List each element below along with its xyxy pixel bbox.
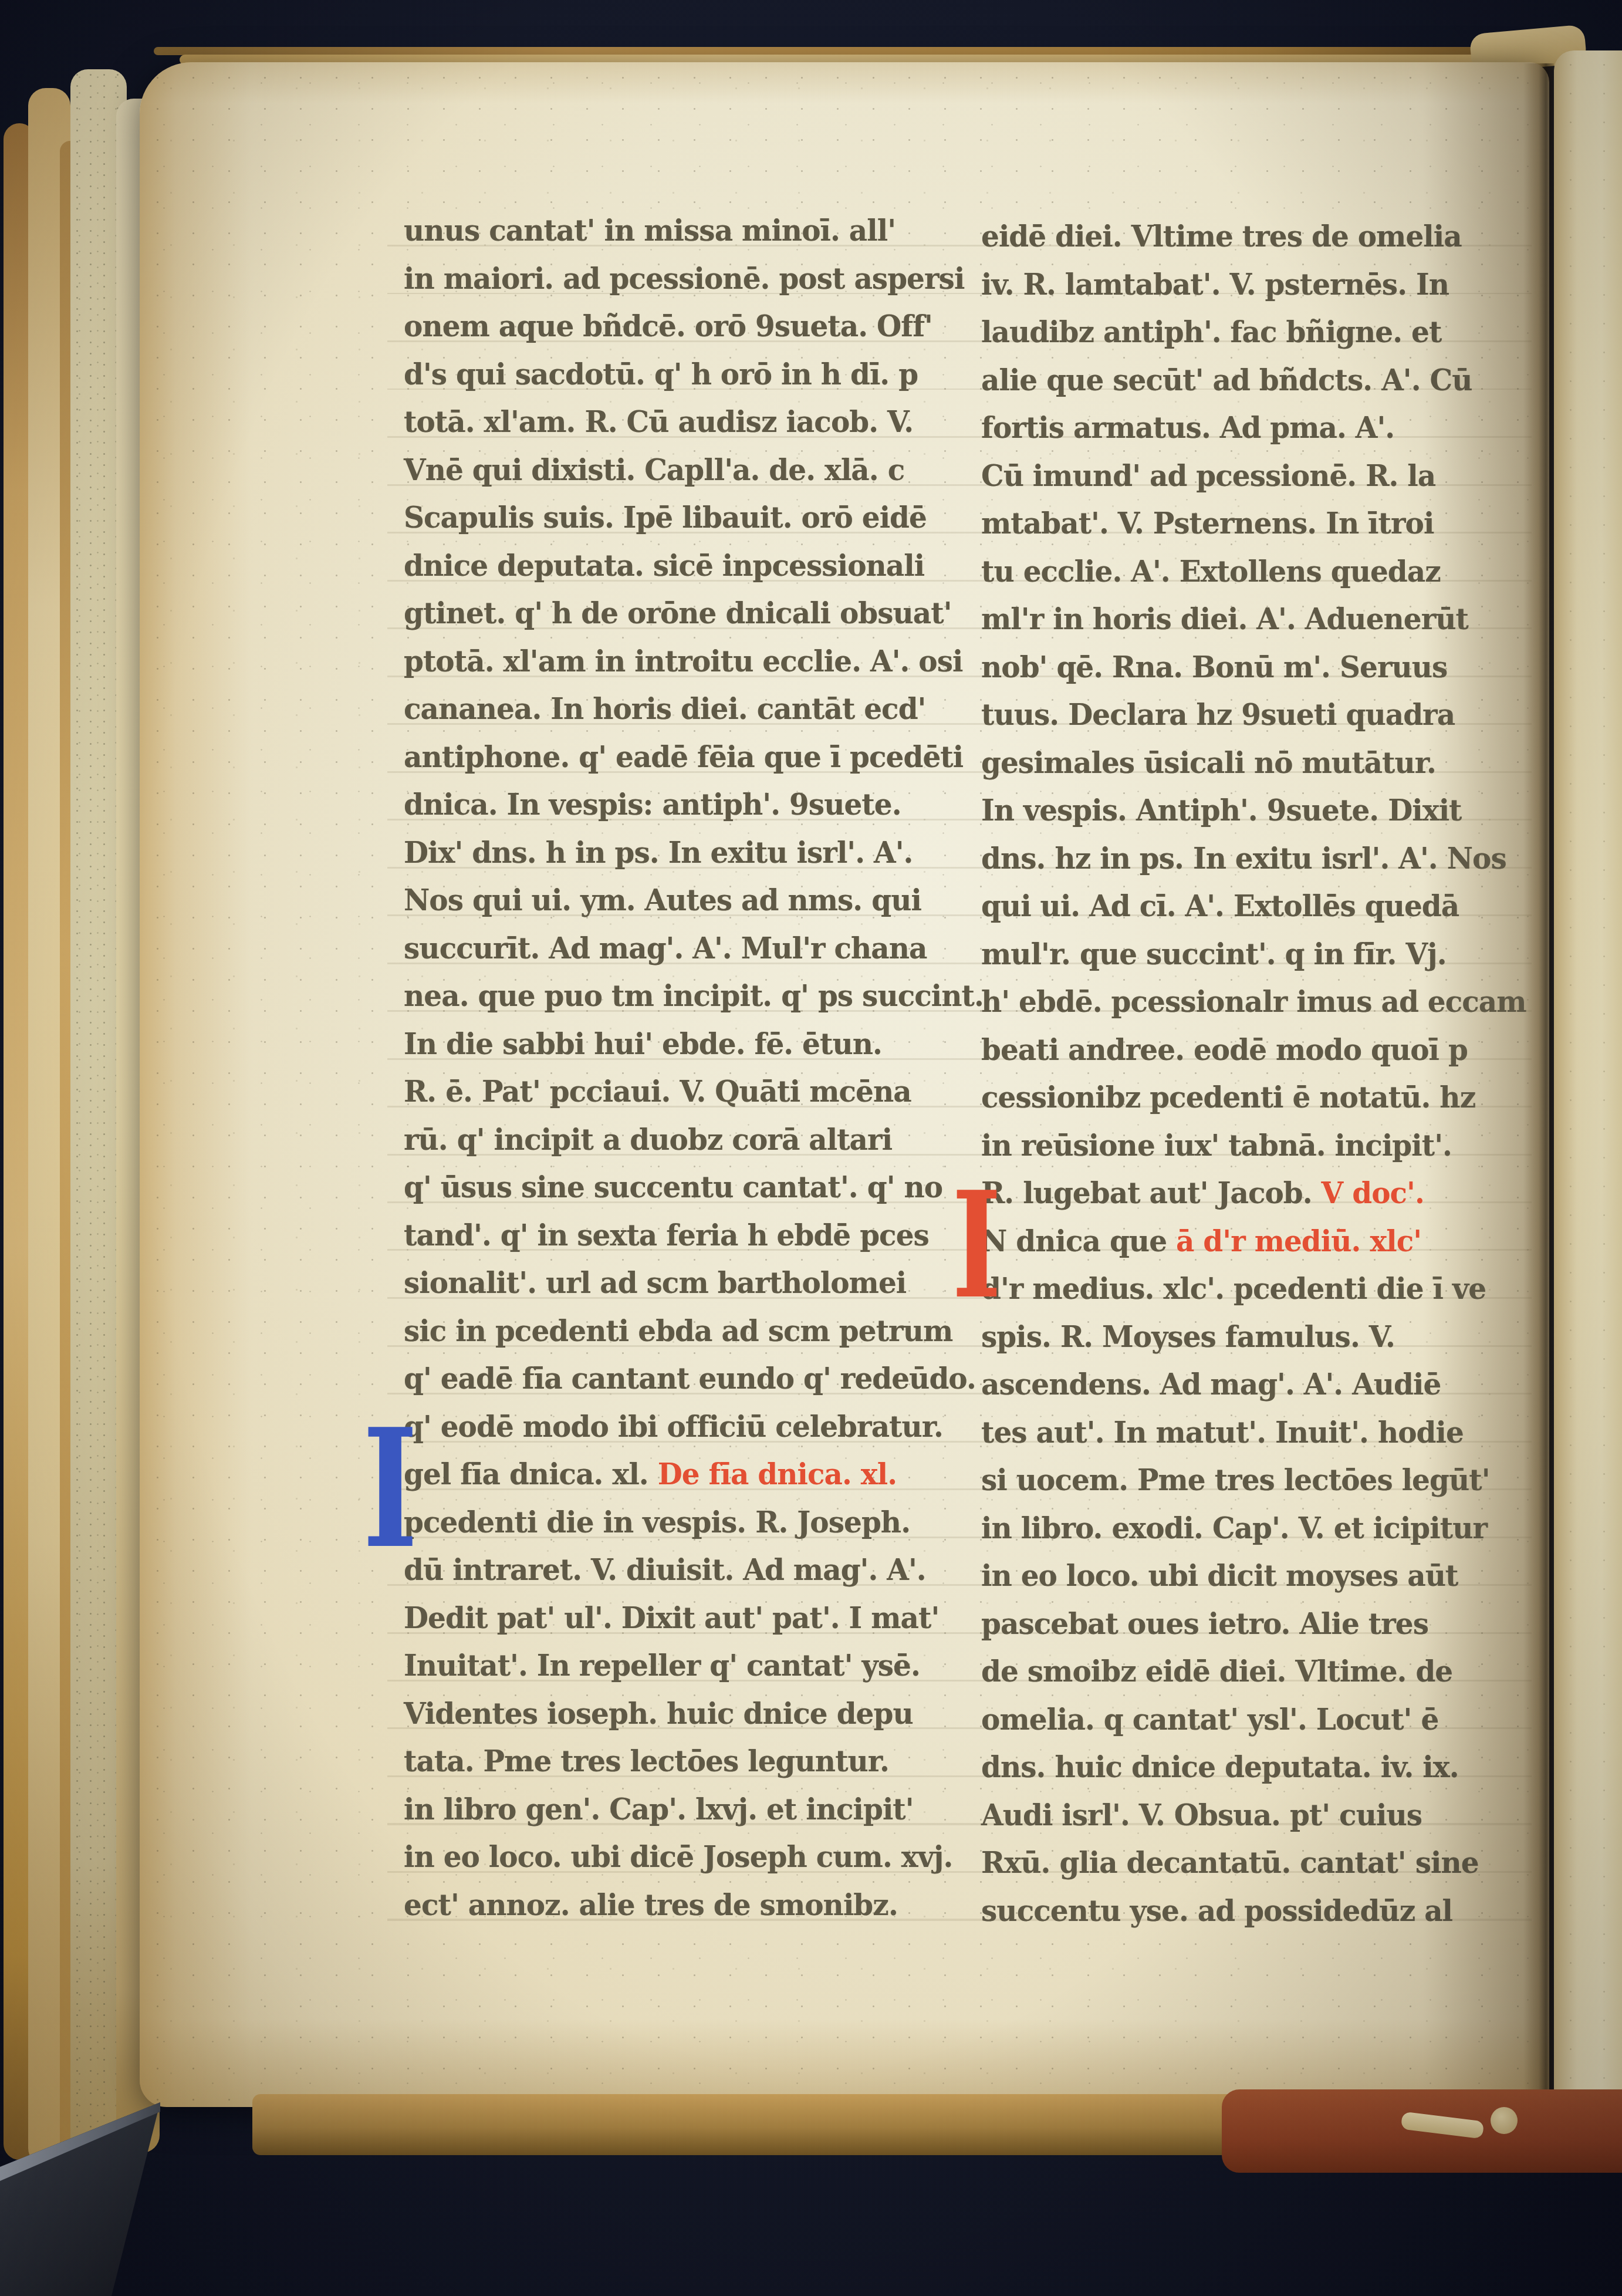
text-segment: q' eodē modo ibi officiū celebratur. [404,1409,943,1444]
text-line: q' eadē fīa cantant eundo q' redeūdo. [404,1355,933,1403]
text-segment: iv. R. lamtabat'. V. psternēs. In [981,267,1449,302]
text-segment: onem aque bñdcē. orō 9sueta. Off' [404,309,932,343]
text-line: Audi isrl'. V. Obsua. pt' cuius [981,1791,1496,1839]
text-segment: succentu yse. ad possidedūz al [981,1893,1452,1928]
right-text-column: eidē diei. Vltime tres de omeliaiv. R. l… [981,212,1512,1934]
text-segment: unus cantat' in missa minoī. all' [404,213,896,248]
text-segment: ect' annoz. alie tres de smonibz. [404,1888,898,1922]
text-line: spis. R. Moyses famulus. V. [981,1313,1496,1361]
text-line: succurīt. Ad mag'. A'. Mul'r chana [404,924,933,973]
left-text-column: unus cantat' in missa minoī. all'in maio… [404,207,949,1929]
text-segment: q' ūsus sine succentu cantat'. q' no [404,1170,942,1204]
text-segment: omelia. q cantat' ysl'. Locut' ē [981,1702,1438,1737]
text-line: R. ē. Pat' pcciaui. V. Quāti mcēna [404,1068,933,1116]
text-segment: h' ebdē. pcessionalr imus ad eccam [981,984,1526,1019]
text-line: antiphone. q' eadē fēia que ī pcedēti [404,733,933,781]
sewing-cord-knot [1491,2107,1518,2134]
text-line: tu ecclie. A'. Extollens quedaz [981,548,1496,596]
text-segment: N dnica que [981,1224,1176,1258]
text-segment: si uocem. Pme tres lectōes legūt' [981,1463,1490,1497]
text-segment: rū. q' incipit a duobz corā altari [404,1122,892,1157]
text-segment: cananea. In horis diei. cantāt ecd' [404,691,926,726]
text-line: gel fīa dnica. xl. De fīa dnica. xl. [404,1450,933,1498]
text-line: in reūsione iux' tabnā. incipit'. [981,1122,1496,1170]
facing-page-edge [1554,50,1622,2138]
text-line: R. lugebat aut' Jacob. V doc'. [981,1169,1496,1217]
text-segment: in libro gen'. Cap'. lxvj. et incipit' [404,1792,914,1826]
text-segment: Dix' dns. h in ps. In exitu isrl'. A'. [404,835,913,870]
text-segment: beati andree. eodē modo quoī p [981,1032,1468,1067]
text-segment: ā d'r mediū. xlc' [1176,1224,1421,1258]
text-segment: dū intraret. V. diuisit. Ad mag'. A'. [404,1552,926,1587]
text-segment: d's qui sacdotū. q' h orō in h dī. p [404,357,918,391]
text-line: dnice deputata. sicē inpcessionali [404,542,933,590]
text-line: nob' qē. Rna. Bonū m'. Seruus [981,643,1496,691]
text-segment: tes aut'. In matut'. Inuit'. hodie [981,1415,1464,1450]
text-line: q' ūsus sine succentu cantat'. q' no [404,1163,933,1211]
text-segment: tuus. Declara hz 9sueti quadra [981,697,1455,732]
text-segment: gtinet. q' h de orōne dnicali obsuat' [404,596,952,630]
text-segment: q' eadē fīa cantant eundo q' redeūdo. [404,1361,976,1396]
text-segment: tata. Pme tres lectōes leguntur. [404,1744,889,1778]
text-segment: Cū imund' ad pcessionē. R. la [981,458,1435,493]
text-line: Scapulis suis. Ipē libauit. orō eidē [404,494,933,542]
text-line: onem aque bñdcē. orō 9sueta. Off' [404,302,933,350]
text-segment: dns. huic dnice deputata. iv. ix. [981,1750,1459,1784]
text-segment: fortis armatus. Ad pma. A'. [981,410,1394,445]
text-segment: pcedenti die in vespis. R. Joseph. [404,1505,910,1539]
text-line: alie que secūt' ad bñdcts. A'. Cū [981,356,1496,404]
text-line: rū. q' incipit a duobz corā altari [404,1116,933,1164]
text-segment: R. lugebat aut' Jacob. [981,1176,1322,1210]
text-segment: tand'. q' in sexta feria h ebdē pces [404,1218,929,1252]
text-segment: Inuitat'. In repeller q' cantat' ysē. [404,1648,920,1683]
text-line: omelia. q cantat' ysl'. Locut' ē [981,1696,1496,1744]
text-segment: In vespis. Antiph'. 9suete. Dixit [981,793,1462,828]
text-segment: in libro. exodi. Cap'. V. et icipitur [981,1511,1487,1545]
text-line: unus cantat' in missa minoī. all' [404,207,933,255]
text-line: ect' annoz. alie tres de smonibz. [404,1881,933,1929]
text-segment: Nos qui ui. ym. Autes ad nms. qui [404,883,921,917]
text-line: nea. que puo tm incipit. q' ps succint. [404,972,933,1020]
text-line: d's qui sacdotū. q' h orō in h dī. p [404,350,933,399]
text-segment: R. ē. Pat' pcciaui. V. Quāti mcēna [404,1074,911,1109]
text-line: beati andree. eodē modo quoī p [981,1026,1496,1074]
text-line: dū intraret. V. diuisit. Ad mag'. A'. [404,1546,933,1594]
text-segment: mul'r. que succint'. q in fīr. Vj. [981,937,1447,971]
text-segment: Dedit pat' ul'. Dixit aut' pat'. I mat' [404,1601,939,1635]
text-line: Dedit pat' ul'. Dixit aut' pat'. I mat' [404,1594,933,1642]
text-segment: nea. que puo tm incipit. q' ps succint. [404,978,984,1013]
text-line: mtabat'. V. Psternens. In ītroi [981,499,1496,548]
text-segment: Vnē qui dixisti. Capll'a. de. xlā. c [404,453,904,487]
text-segment: succurīt. Ad mag'. A'. Mul'r chana [404,931,927,965]
top-page-edge [154,47,1533,55]
text-segment: in reūsione iux' tabnā. incipit'. [981,1128,1452,1163]
text-segment: ascendens. Ad mag'. A'. Audiē [981,1367,1441,1402]
text-segment: Scapulis suis. Ipē libauit. orō eidē [404,500,927,535]
text-segment: Videntes ioseph. huic dnice depu [404,1696,913,1731]
text-segment: In die sabbi hui' ebde. fē. ētun. [404,1027,882,1061]
text-segment: alie que secūt' ad bñdcts. A'. Cū [981,363,1472,397]
text-line: de smoibz eidē diei. Vltime. de [981,1647,1496,1696]
text-line: iv. R. lamtabat'. V. psternēs. In [981,261,1496,309]
text-line: laudibz antiph'. fac bñigne. et [981,308,1496,356]
text-line: sionalit'. url ad scm bartholomei [404,1259,933,1307]
text-segment: tu ecclie. A'. Extollens quedaz [981,554,1441,589]
text-segment: qui ui. Ad cī. A'. Extollēs quedā [981,889,1459,923]
text-line: Dix' dns. h in ps. In exitu isrl'. A'. [404,829,933,877]
text-line: mul'r. que succint'. q in fīr. Vj. [981,930,1496,978]
text-line: in libro gen'. Cap'. lxvj. et incipit' [404,1785,933,1834]
text-line: ml'r in horis diei. A'. Aduenerūt [981,595,1496,643]
text-line: cananea. In horis diei. cantāt ecd' [404,685,933,733]
text-line: ptotā. xl'am in introitu ecclie. A'. osi [404,637,933,686]
text-line: in libro. exodi. Cap'. V. et icipitur [981,1504,1496,1552]
text-segment: cessionibz pcedenti ē notatū. hz [981,1080,1475,1115]
text-line: Inuitat'. In repeller q' cantat' ysē. [404,1642,933,1690]
text-line: in maiori. ad pcessionē. post aspersi [404,255,933,303]
text-line: dnica. In vespis: antiph'. 9suete. [404,781,933,829]
text-segment: dns. hz in ps. In exitu isrl'. A'. Nos [981,841,1506,876]
gutter-shadow [1523,63,1554,2106]
text-segment: Audi isrl'. V. Obsua. pt' cuius [981,1798,1422,1832]
text-line: fortis armatus. Ad pma. A'. [981,404,1496,452]
text-segment: in eo loco. ubi dicē Joseph cum. xvj. [404,1839,952,1874]
text-line: tata. Pme tres lectōes leguntur. [404,1737,933,1785]
text-line: cessionibz pcedenti ē notatū. hz [981,1073,1496,1122]
blue-initial-I: I [363,1407,418,1571]
text-line: qui ui. Ad cī. A'. Extollēs quedā [981,882,1496,930]
text-line: In die sabbi hui' ebde. fē. ētun. [404,1020,933,1068]
text-line: pascebat oues ietro. Alie tres [981,1600,1496,1648]
text-segment: ptotā. xl'am in introitu ecclie. A'. osi [404,644,963,678]
text-line: sic in pcedenti ebda ad scm petrum [404,1307,933,1355]
text-segment: Rxū. glia decantatū. cantat' sine [981,1845,1479,1880]
text-line: ascendens. Ad mag'. A'. Audiē [981,1360,1496,1409]
text-segment: ml'r in horis diei. A'. Aduenerūt [981,602,1468,636]
text-line: succentu yse. ad possidedūz al [981,1887,1496,1935]
text-line: tes aut'. In matut'. Inuit'. hodie [981,1409,1496,1457]
text-line: Nos qui ui. ym. Autes ad nms. qui [404,876,933,924]
text-line: eidē diei. Vltime tres de omelia [981,212,1496,261]
text-segment: dnice deputata. sicē inpcessionali [404,548,924,583]
text-line: Vnē qui dixisti. Capll'a. de. xlā. c [404,446,933,494]
text-line: h' ebdē. pcessionalr imus ad eccam [981,978,1496,1026]
text-line: Videntes ioseph. huic dnice depu [404,1690,933,1738]
text-line: Cū imund' ad pcessionē. R. la [981,452,1496,500]
text-segment: sic in pcedenti ebda ad scm petrum [404,1314,952,1348]
text-segment: eidē diei. Vltime tres de omelia [981,219,1462,254]
text-segment: totā. xl'am. R. Cū audisz iacob. V. [404,404,913,439]
text-segment: antiphone. q' eadē fēia que ī pcedēti [404,740,963,774]
text-segment: gesimales ūsicali nō mutātur. [981,745,1436,780]
text-line: q' eodē modo ibi officiū celebratur. [404,1403,933,1451]
text-segment: laudibz antiph'. fac bñigne. et [981,315,1441,349]
text-line: gtinet. q' h de orōne dnicali obsuat' [404,589,933,637]
text-line: dns. hz in ps. In exitu isrl'. A'. Nos [981,835,1496,883]
text-segment: d'r medius. xlc'. pcedenti die ī ve [981,1271,1486,1306]
text-segment: dnica. In vespis: antiph'. 9suete. [404,787,901,822]
text-line: totā. xl'am. R. Cū audisz iacob. V. [404,398,933,446]
text-line: tand'. q' in sexta feria h ebdē pces [404,1211,933,1260]
text-segment: nob' qē. Rna. Bonū m'. Seruus [981,650,1447,684]
manuscript-photo: unus cantat' in missa minoī. all'in maio… [0,0,1622,2296]
text-segment: gel fīa dnica. xl. [404,1457,658,1491]
text-segment: in maiori. ad pcessionē. post aspersi [404,261,964,296]
text-line: in eo loco. ubi dicit moyses aūt [981,1552,1496,1600]
text-line: Rxū. glia decantatū. cantat' sine [981,1839,1496,1887]
text-line: si uocem. Pme tres lectōes legūt' [981,1456,1496,1504]
text-segment: in eo loco. ubi dicit moyses aūt [981,1558,1458,1593]
text-line: gesimales ūsicali nō mutātur. [981,739,1496,787]
text-line: d'r medius. xlc'. pcedenti die ī ve [981,1265,1496,1313]
text-segment: De fīa dnica. xl. [658,1457,897,1491]
text-line: N dnica que ā d'r mediū. xlc' [981,1217,1496,1265]
text-segment: V doc'. [1322,1176,1424,1210]
text-line: dns. huic dnice deputata. iv. ix. [981,1743,1496,1791]
text-segment: spis. R. Moyses famulus. V. [981,1319,1395,1354]
text-segment: mtabat'. V. Psternens. In ītroi [981,506,1434,541]
text-segment: pascebat oues ietro. Alie tres [981,1606,1428,1641]
text-segment: de smoibz eidē diei. Vltime. de [981,1654,1452,1689]
text-line: in eo loco. ubi dicē Joseph cum. xvj. [404,1833,933,1881]
text-line: tuus. Declara hz 9sueti quadra [981,691,1496,739]
text-segment: sionalit'. url ad scm bartholomei [404,1265,906,1300]
text-line: In vespis. Antiph'. 9suete. Dixit [981,786,1496,835]
text-line: pcedenti die in vespis. R. Joseph. [404,1498,933,1547]
red-initial-I: I [952,1171,1001,1318]
